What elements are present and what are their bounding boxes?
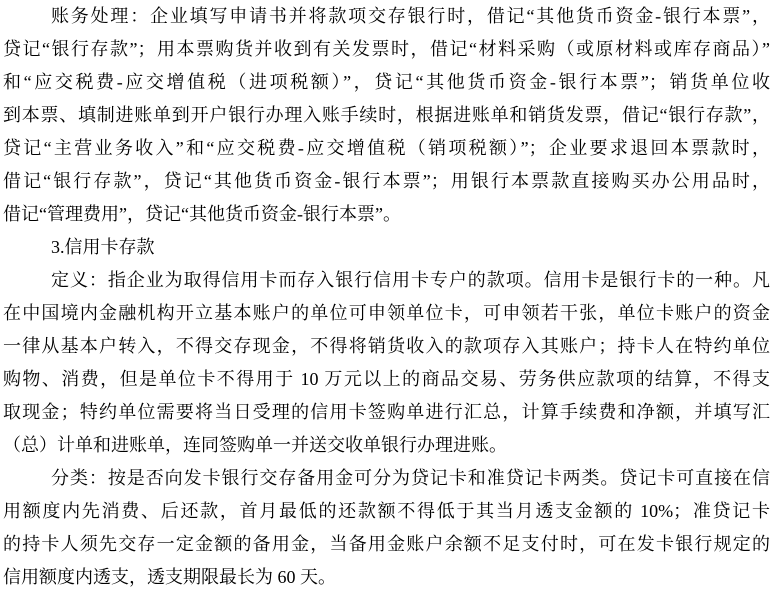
- text-line: （总）计单和进账单，连同签购单一并送交收单银行办理进账。: [3, 429, 770, 462]
- text-line: 贷记“主营业务收入”和“应交税费-应交增值税（销项税额）”；企业要求退回本票款时…: [3, 132, 770, 165]
- section-heading: 3.信用卡存款: [3, 231, 770, 264]
- heading-credit-card-deposit: 3.信用卡存款: [3, 231, 770, 264]
- text-line: 用额度内先消费、后还款，首月最低的还款额不得低于其当月透支金额的 10%；准贷记…: [3, 495, 770, 528]
- text-line: 借记“银行存款”，贷记“其他货币资金-银行本票”；用银行本票款直接购买办公用品时…: [3, 165, 770, 198]
- text-line: 的持卡人须先交存一定金额的备用金，当备用金账户余额不足支付时，可在发卡银行规定的: [3, 528, 770, 561]
- text-line: 到本票、填制进账单到开户银行办理入账手续时，根据进账单和销货发票，借记“银行存款…: [3, 99, 770, 132]
- text-line: 贷记“银行存款”；用本票购货并收到有关发票时，借记“材料采购（或原材料或库存商品…: [3, 33, 770, 66]
- paragraph-credit-card-classification: 分类：按是否向发卡银行交存备用金可分为贷记卡和准贷记卡两类。贷记卡可直接在信 用…: [3, 462, 770, 594]
- text-line: 定义：指企业为取得信用卡而存入银行信用卡专户的款项。信用卡是银行卡的一种。凡: [3, 264, 770, 297]
- text-line: 取现金；特约单位需要将当日受理的信用卡签购单进行汇总，计算手续费和净额，并填写汇: [3, 396, 770, 429]
- text-line: 分类：按是否向发卡银行交存备用金可分为贷记卡和准贷记卡两类。贷记卡可直接在信: [3, 462, 770, 495]
- text-line: 购物、消费，但是单位卡不得用于 10 万元以上的商品交易、劳务供应款项的结算，不…: [3, 363, 770, 396]
- text-line: 和“应交税费-应交增值税（进项税额）”，贷记“其他货币资金-银行本票”；销货单位…: [3, 66, 770, 99]
- paragraph-bank-draft-accounting: 账务处理：企业填写申请书并将款项交存银行时，借记“其他货币资金-银行本票”， 贷…: [3, 0, 770, 231]
- paragraph-credit-card-definition: 定义：指企业为取得信用卡而存入银行信用卡专户的款项。信用卡是银行卡的一种。凡 在…: [3, 264, 770, 462]
- text-line: 一律从基本户转入，不得交存现金，不得将销货收入的款项存入其账户；持卡人在特约单位: [3, 330, 770, 363]
- text-line: 在中国境内金融机构开立基本账户的单位可申领单位卡，可申领若干张，单位卡账户的资金: [3, 297, 770, 330]
- text-line: 账务处理：企业填写申请书并将款项交存银行时，借记“其他货币资金-银行本票”，: [3, 0, 770, 33]
- document-page: 账务处理：企业填写申请书并将款项交存银行时，借记“其他货币资金-银行本票”， 贷…: [0, 0, 773, 594]
- text-line: 信用额度内透支，透支期限最长为 60 天。: [3, 561, 770, 594]
- text-line: 借记“管理费用”，贷记“其他货币资金-银行本票”。: [3, 198, 770, 231]
